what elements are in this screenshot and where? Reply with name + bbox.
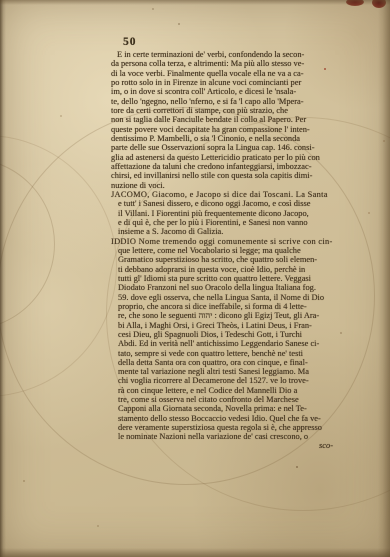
text-line: im, o in dove si scontra coll' Articolo,… bbox=[111, 87, 363, 96]
text-line: dere veramente superstiziosa questa rego… bbox=[111, 423, 363, 432]
text-line: di la voce verbi. Finalmente quella voca… bbox=[111, 69, 363, 78]
paragraph: IDDIO Nome tremendo oggi comunemente si … bbox=[111, 237, 363, 442]
text-line: nuzione di voci. bbox=[111, 181, 363, 190]
text-line: tre, come si osserva nel citato confront… bbox=[111, 395, 363, 404]
text-line: della detta Santa ora con quattro, ora c… bbox=[111, 358, 363, 367]
text-line: affettazione da taluni che credono infan… bbox=[111, 162, 363, 171]
paper-specks bbox=[0, 0, 2, 2]
scanned-book-page: 50 E in certe terminazioni de' verbi, co… bbox=[0, 0, 390, 557]
text-line: cesi Dieu, gli Spagnuoli Dios, i Tedesch… bbox=[111, 330, 363, 339]
text-line: dentissimo P. Mambelli, o sia 'l Cinonio… bbox=[111, 134, 363, 143]
text-line: E in certe terminazioni de' verbi, confo… bbox=[111, 50, 363, 59]
text-line: re, che sono le seguenti יהוה : dicono g… bbox=[111, 311, 363, 320]
paragraph: JACOMO, Giacomo, e Jacopo si dice dai To… bbox=[111, 190, 363, 237]
text-line: proprio, che ancora si dice ineffabile, … bbox=[111, 302, 363, 311]
text-line: parte delle sue Osservazioni sopra la Li… bbox=[111, 143, 363, 152]
catchword: sco- bbox=[111, 441, 363, 450]
text-line: tutti gl' Idiomi sta pure scritto con qu… bbox=[111, 274, 363, 283]
text-line: e di quì è, che per lo più i Fiorentini,… bbox=[111, 218, 363, 227]
text-line: il Villani. I Fiorentini più frequenteme… bbox=[111, 209, 363, 218]
text-line: ti debbano adoprarsi in questa voce, cio… bbox=[111, 265, 363, 274]
text-line: Gramatico superstizioso ha scritto, che … bbox=[111, 255, 363, 264]
page-number: 50 bbox=[123, 36, 137, 48]
text-line: tore da certi correttori di stampe, con … bbox=[111, 106, 363, 115]
text-block: E in certe terminazioni de' verbi, confo… bbox=[111, 50, 363, 442]
text-line: non si taglia dalle Fanciulle bendate il… bbox=[111, 115, 363, 124]
text-line: bi Alla, i Maghi Orsi, i Greci Theòs, i … bbox=[111, 321, 363, 330]
text-line: Abdi. Ed in verità nell' antichissimo Le… bbox=[111, 339, 363, 348]
text-line: queste povere voci decapitate ha gran co… bbox=[111, 125, 363, 134]
text-line: que lettere, come nel Vocabolario si leg… bbox=[111, 246, 363, 255]
text-line: chirsi, ed invillanirsi nello stile con … bbox=[111, 171, 363, 180]
text-line: e tutt' i Sanesi dissero, e dicono oggi … bbox=[111, 199, 363, 208]
text-line: chi voglia ricorrere al Decamerone del 1… bbox=[111, 376, 363, 385]
text-line: stamento dello stesso Boccaccio vedesi I… bbox=[111, 414, 363, 423]
text-line: JACOMO, Giacomo, e Jacopo si dice dai To… bbox=[111, 190, 363, 199]
text-line: Diodato Franzoni nel suo Oracolo della l… bbox=[111, 283, 363, 292]
text-line: te, dello 'ngegno, nello 'nferno, e si f… bbox=[111, 97, 363, 106]
text-line: 59. dove egli osserva, che nella Lingua … bbox=[111, 293, 363, 302]
text-line: insieme a S. Jacomo di Galizia. bbox=[111, 227, 363, 236]
paragraph: E in certe terminazioni de' verbi, confo… bbox=[111, 50, 363, 190]
text-line: po rotto solo in in Firenze in alcune vo… bbox=[111, 78, 363, 87]
text-line: rà con cinque lettere, e nel Codice del … bbox=[111, 386, 363, 395]
text-line: mente tal variazione negli altri testi S… bbox=[111, 367, 363, 376]
text-line: da persona colla terza, e altrimenti: Ma… bbox=[111, 59, 363, 68]
text-line: tato, sempre si vede con quattro lettere… bbox=[111, 349, 363, 358]
text-line: IDDIO Nome tremendo oggi comunemente si … bbox=[111, 237, 363, 246]
text-line: Capponi alla Giornata seconda, Novella p… bbox=[111, 404, 363, 413]
text-line: glia ad astenersi da questo Lettericidio… bbox=[111, 153, 363, 162]
